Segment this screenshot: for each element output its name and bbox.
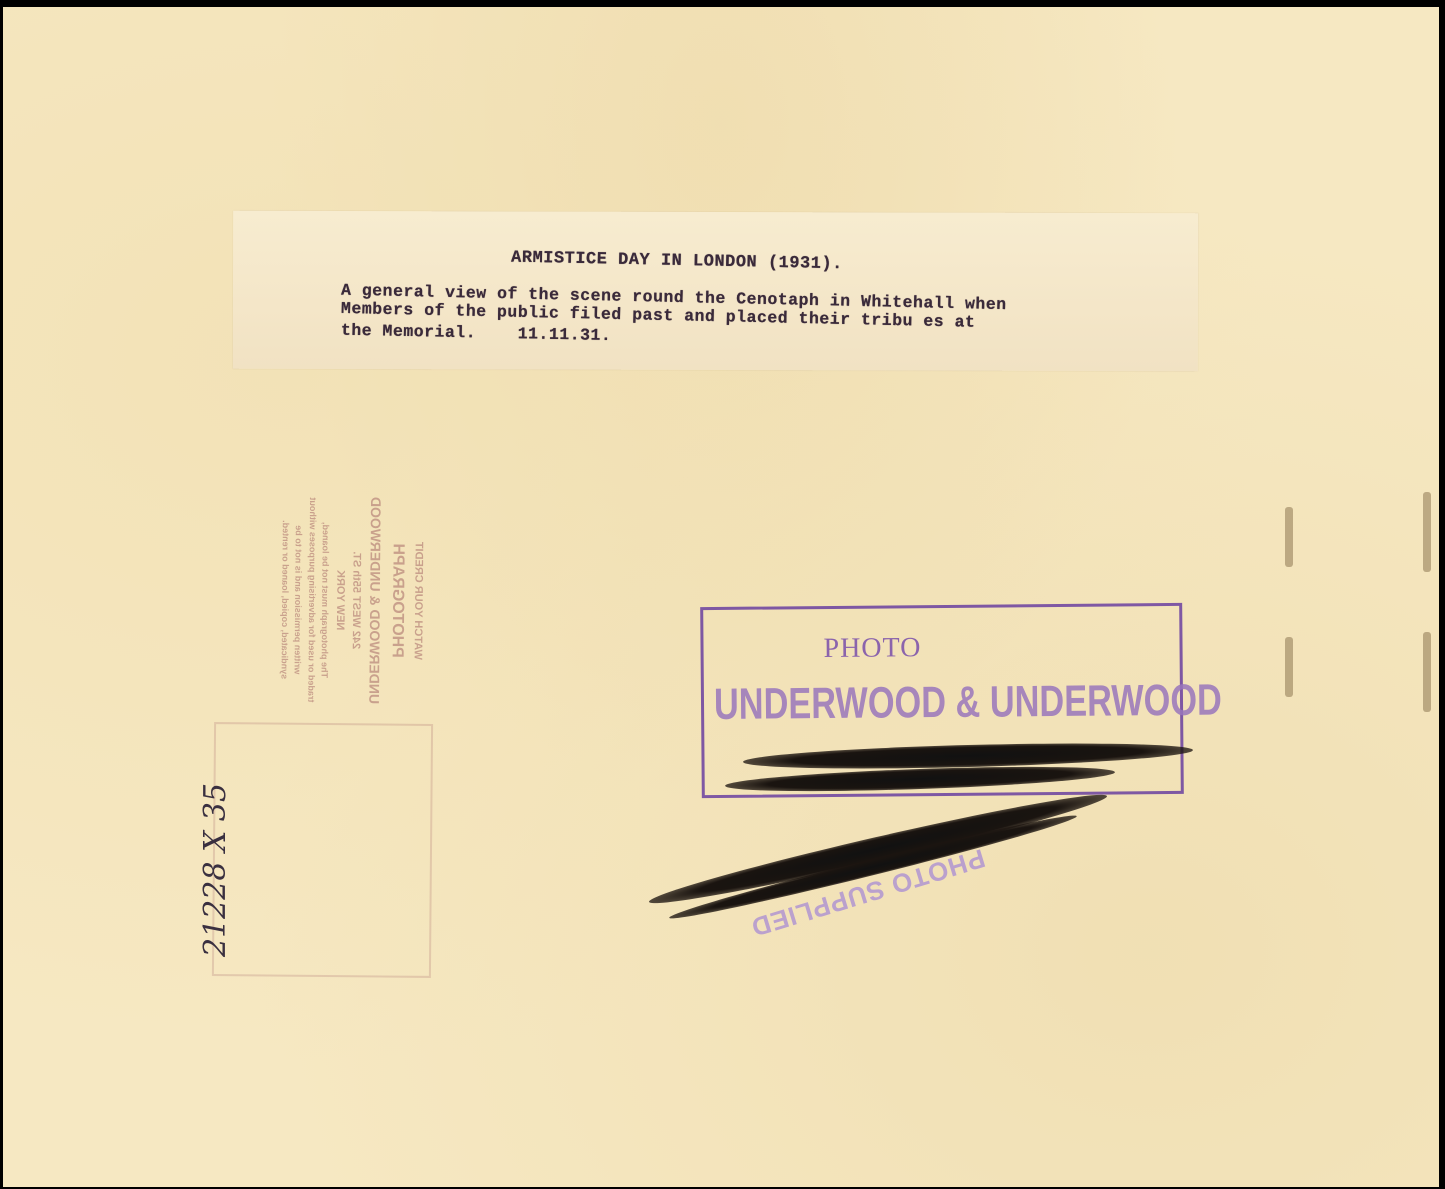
credit-stamp-label: PHOTO bbox=[823, 632, 921, 665]
typed-caption-label: ARMISTICE DAY IN LONDON (1931). A genera… bbox=[233, 211, 1198, 372]
clip-mark bbox=[1285, 507, 1293, 567]
clip-mark bbox=[1285, 637, 1293, 697]
crayon-strike bbox=[667, 808, 1078, 925]
handwritten-note: 21228 X 35 bbox=[198, 783, 233, 957]
caption-line: the Memorial. 11.11.31. bbox=[341, 321, 612, 345]
clip-mark bbox=[1423, 632, 1431, 712]
caption-title: ARMISTICE DAY IN LONDON (1931). bbox=[511, 249, 843, 275]
credit-stamp-agency: UNDERWOOD & UNDERWOOD bbox=[714, 676, 1222, 730]
photo-back-sheet: ARMISTICE DAY IN LONDON (1931). A genera… bbox=[3, 7, 1439, 1187]
bleed-through-stamp-text: WATCH YOUR CREDIT PHOTOGRAPH UNDERWOOD &… bbox=[210, 474, 433, 726]
clip-mark bbox=[1423, 492, 1431, 572]
bleed-through-stamp: WATCH YOUR CREDIT PHOTOGRAPH UNDERWOOD &… bbox=[212, 722, 433, 978]
